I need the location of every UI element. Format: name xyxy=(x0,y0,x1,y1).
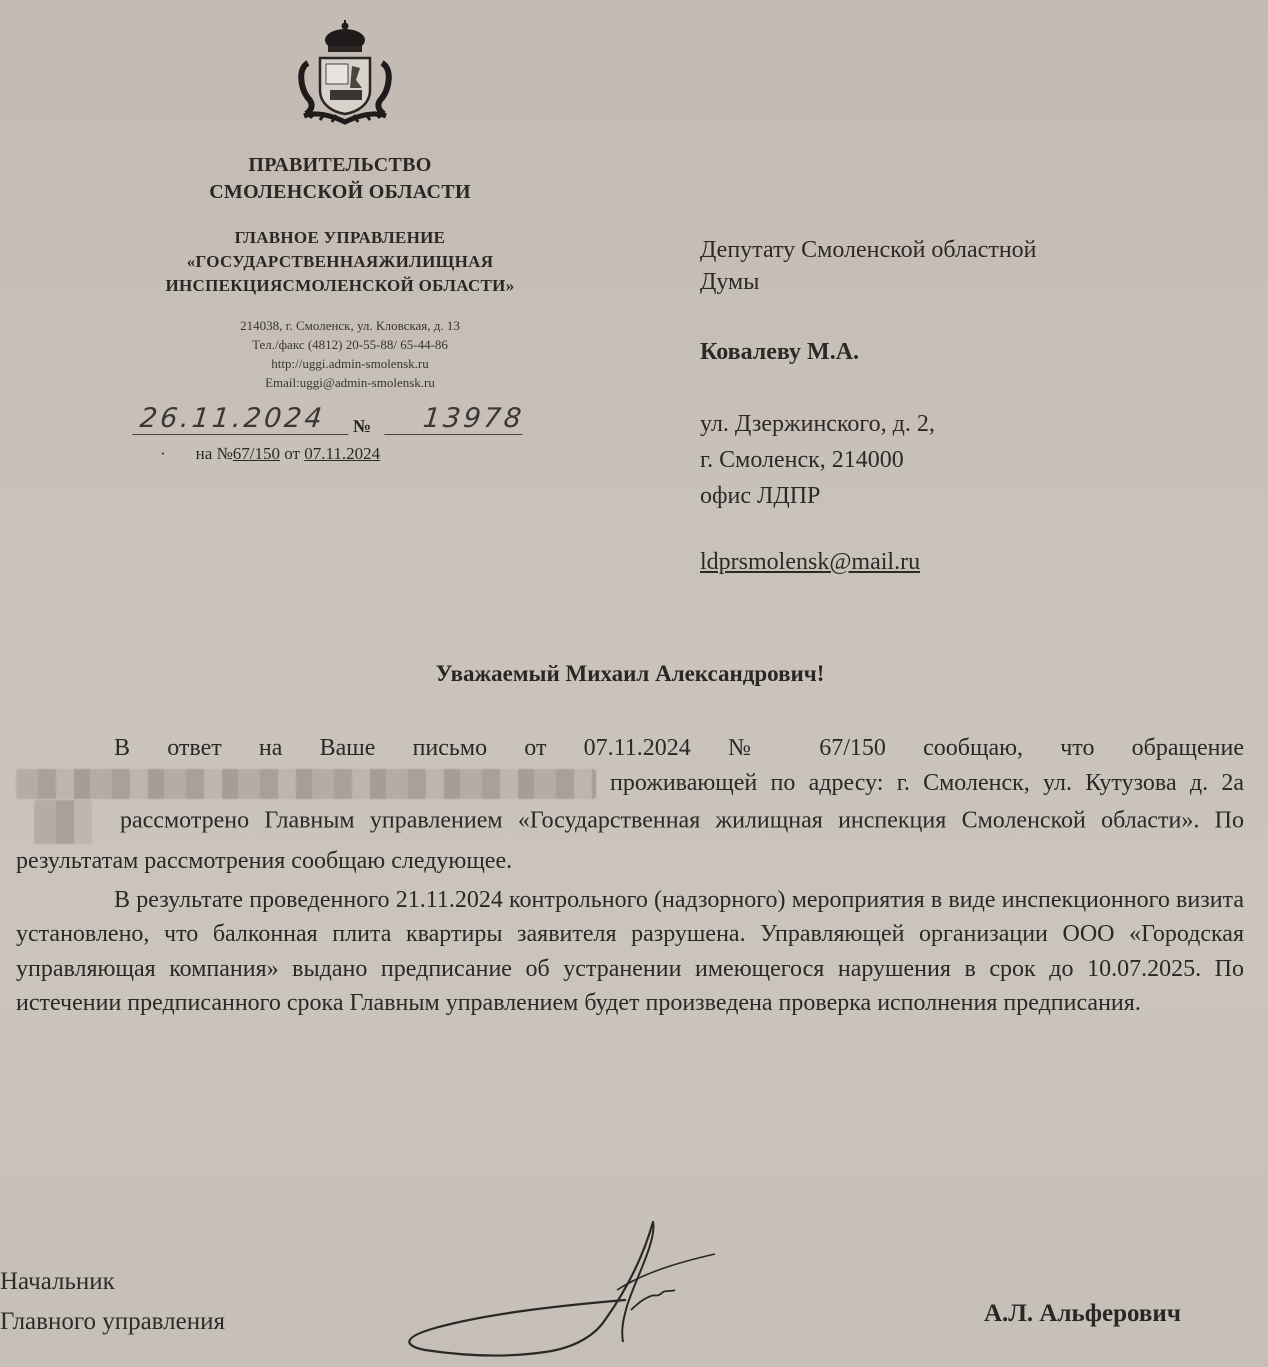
letter-body: В ответ на Ваше письмо от 07.11.2024 № 6… xyxy=(16,731,1244,1021)
registration-number: 13978 xyxy=(384,403,525,435)
paragraph-text: проживающей по адресу: г. Смоленск, xyxy=(610,770,1030,796)
ref-number: 67/150 xyxy=(233,444,280,463)
government-line: ПРАВИТЕЛЬСТВО xyxy=(120,152,560,179)
ref-prefix: на № xyxy=(196,444,233,463)
handwritten-signature-icon xyxy=(395,1210,725,1360)
signatory-position: Начальник Главного управления xyxy=(0,1262,225,1342)
reference-line: ·на №67/150 от 07.11.2024 xyxy=(160,444,380,464)
paragraph-text: рассмотрено Главным управлением «Государ… xyxy=(16,808,1244,874)
paragraph-1: В ответ на Ваше письмо от 07.11.2024 № 6… xyxy=(16,731,1244,879)
paragraph-text: В ответ на Ваше письмо от 07.11.2024 № 6… xyxy=(114,735,1244,761)
salutation: Уважаемый Михаил Александрович! xyxy=(0,661,1268,687)
addressee-address: ул. Дзержинского, д. 2, г. Смоленск, 214… xyxy=(700,406,935,514)
department-line: ГЛАВНОЕ УПРАВЛЕНИЕ xyxy=(100,226,580,250)
sender-email: Email:uggi@admin-smolensk.ru xyxy=(140,373,560,392)
position-line: Главного управления xyxy=(0,1302,225,1342)
sender-website: http://uggi.admin-smolensk.ru xyxy=(140,354,560,373)
signatory-name: А.Л. Альферович xyxy=(984,1300,1181,1328)
coat-of-arms-icon xyxy=(290,18,400,126)
department-name: ГЛАВНОЕ УПРАВЛЕНИЕ «ГОСУДАРСТВЕННАЯЖИЛИЩ… xyxy=(100,226,580,298)
government-line: СМОЛЕНСКОЙ ОБЛАСТИ xyxy=(120,179,560,206)
addressee-name: Ковалеву М.А. xyxy=(700,336,859,368)
address-line: г. Смоленск, 214000 xyxy=(700,442,935,478)
government-name: ПРАВИТЕЛЬСТВО СМОЛЕНСКОЙ ОБЛАСТИ xyxy=(120,152,560,206)
paragraph-text: ул. Кутузова д. 2а xyxy=(1043,770,1244,796)
ref-date: 07.11.2024 xyxy=(304,444,380,463)
sender-contacts: 214038, г. Смоленск, ул. Кловская, д. 13… xyxy=(140,316,560,392)
redacted-name-block xyxy=(16,769,596,799)
redacted-apartment-block xyxy=(34,800,92,844)
address-line: ул. Дзержинского, д. 2, xyxy=(700,406,935,442)
sender-phone: Тел./факс (4812) 20-55-88/ 65-44-86 xyxy=(140,335,560,354)
addressee-title-line: Думы xyxy=(700,266,1220,298)
department-line: ИНСПЕКЦИЯСМОЛЕНСКОЙ ОБЛАСТИ» xyxy=(100,274,580,298)
registration-date: 26.11.2024 xyxy=(132,403,351,435)
addressee-title: Депутату Смоленской областной Думы xyxy=(700,234,1220,298)
addressee-email[interactable]: ldprsmolensk@mail.ru xyxy=(700,546,920,578)
address-line: офис ЛДПР xyxy=(700,478,935,514)
position-line: Начальник xyxy=(0,1262,225,1302)
dot-mark: · xyxy=(160,444,166,463)
department-line: «ГОСУДАРСТВЕННАЯЖИЛИЩНАЯ xyxy=(100,250,580,274)
addressee-title-line: Депутату Смоленской областной xyxy=(700,234,1220,266)
sender-address: 214038, г. Смоленск, ул. Кловская, д. 13 xyxy=(140,316,560,335)
number-sign: № xyxy=(353,416,371,437)
paragraph-2: В результате проведенного 21.11.2024 кон… xyxy=(16,883,1244,1021)
salutation-text: Уважаемый Михаил Александрович! xyxy=(436,661,825,686)
ref-from: от xyxy=(284,444,300,463)
